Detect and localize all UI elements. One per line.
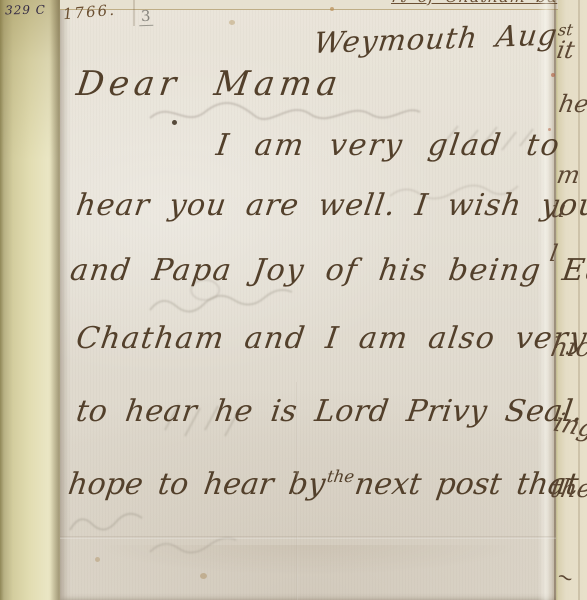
letter-line-6-pre: hope to hear by — [66, 467, 327, 502]
crease — [60, 536, 556, 539]
fox-spot — [548, 128, 551, 131]
cropped-text-fragment: rt of Chatham ba — [391, 0, 560, 6]
shelfmark-annotation: 329 C — [5, 3, 46, 18]
manuscript-letter-photo: rt of Chatham ba 329 C 1766. 3 Weymouth … — [0, 0, 587, 600]
letter-line-6: hope to hear bythenext post that we — [66, 467, 587, 502]
stain — [60, 545, 556, 587]
edge-fragment: he — [557, 90, 587, 118]
edge-fragment: the — [548, 474, 587, 503]
fox-spot — [330, 7, 334, 11]
edge-fragment: hich — [548, 333, 587, 363]
fox-spot — [95, 557, 100, 562]
letter-line-3: and Papa Joy of his being Earl — [68, 253, 587, 288]
fox-spot — [200, 573, 207, 579]
crease — [133, 0, 135, 26]
letter-line-1: I am very glad to — [214, 128, 563, 163]
page-number-annotation: 3 — [139, 7, 153, 26]
fox-spot — [229, 20, 235, 25]
fox-spot — [172, 120, 177, 125]
fox-spot — [551, 73, 555, 77]
letter-line-4: Chatham and I am also very gla — [74, 321, 587, 356]
salutation: Dear Mama — [74, 64, 345, 104]
letter-line-2: hear you are well. I wish you — [74, 188, 587, 223]
letter-line-5: to hear he is Lord Privy Seal. I — [74, 394, 587, 429]
letter-line-6-superscript: the — [326, 467, 356, 486]
